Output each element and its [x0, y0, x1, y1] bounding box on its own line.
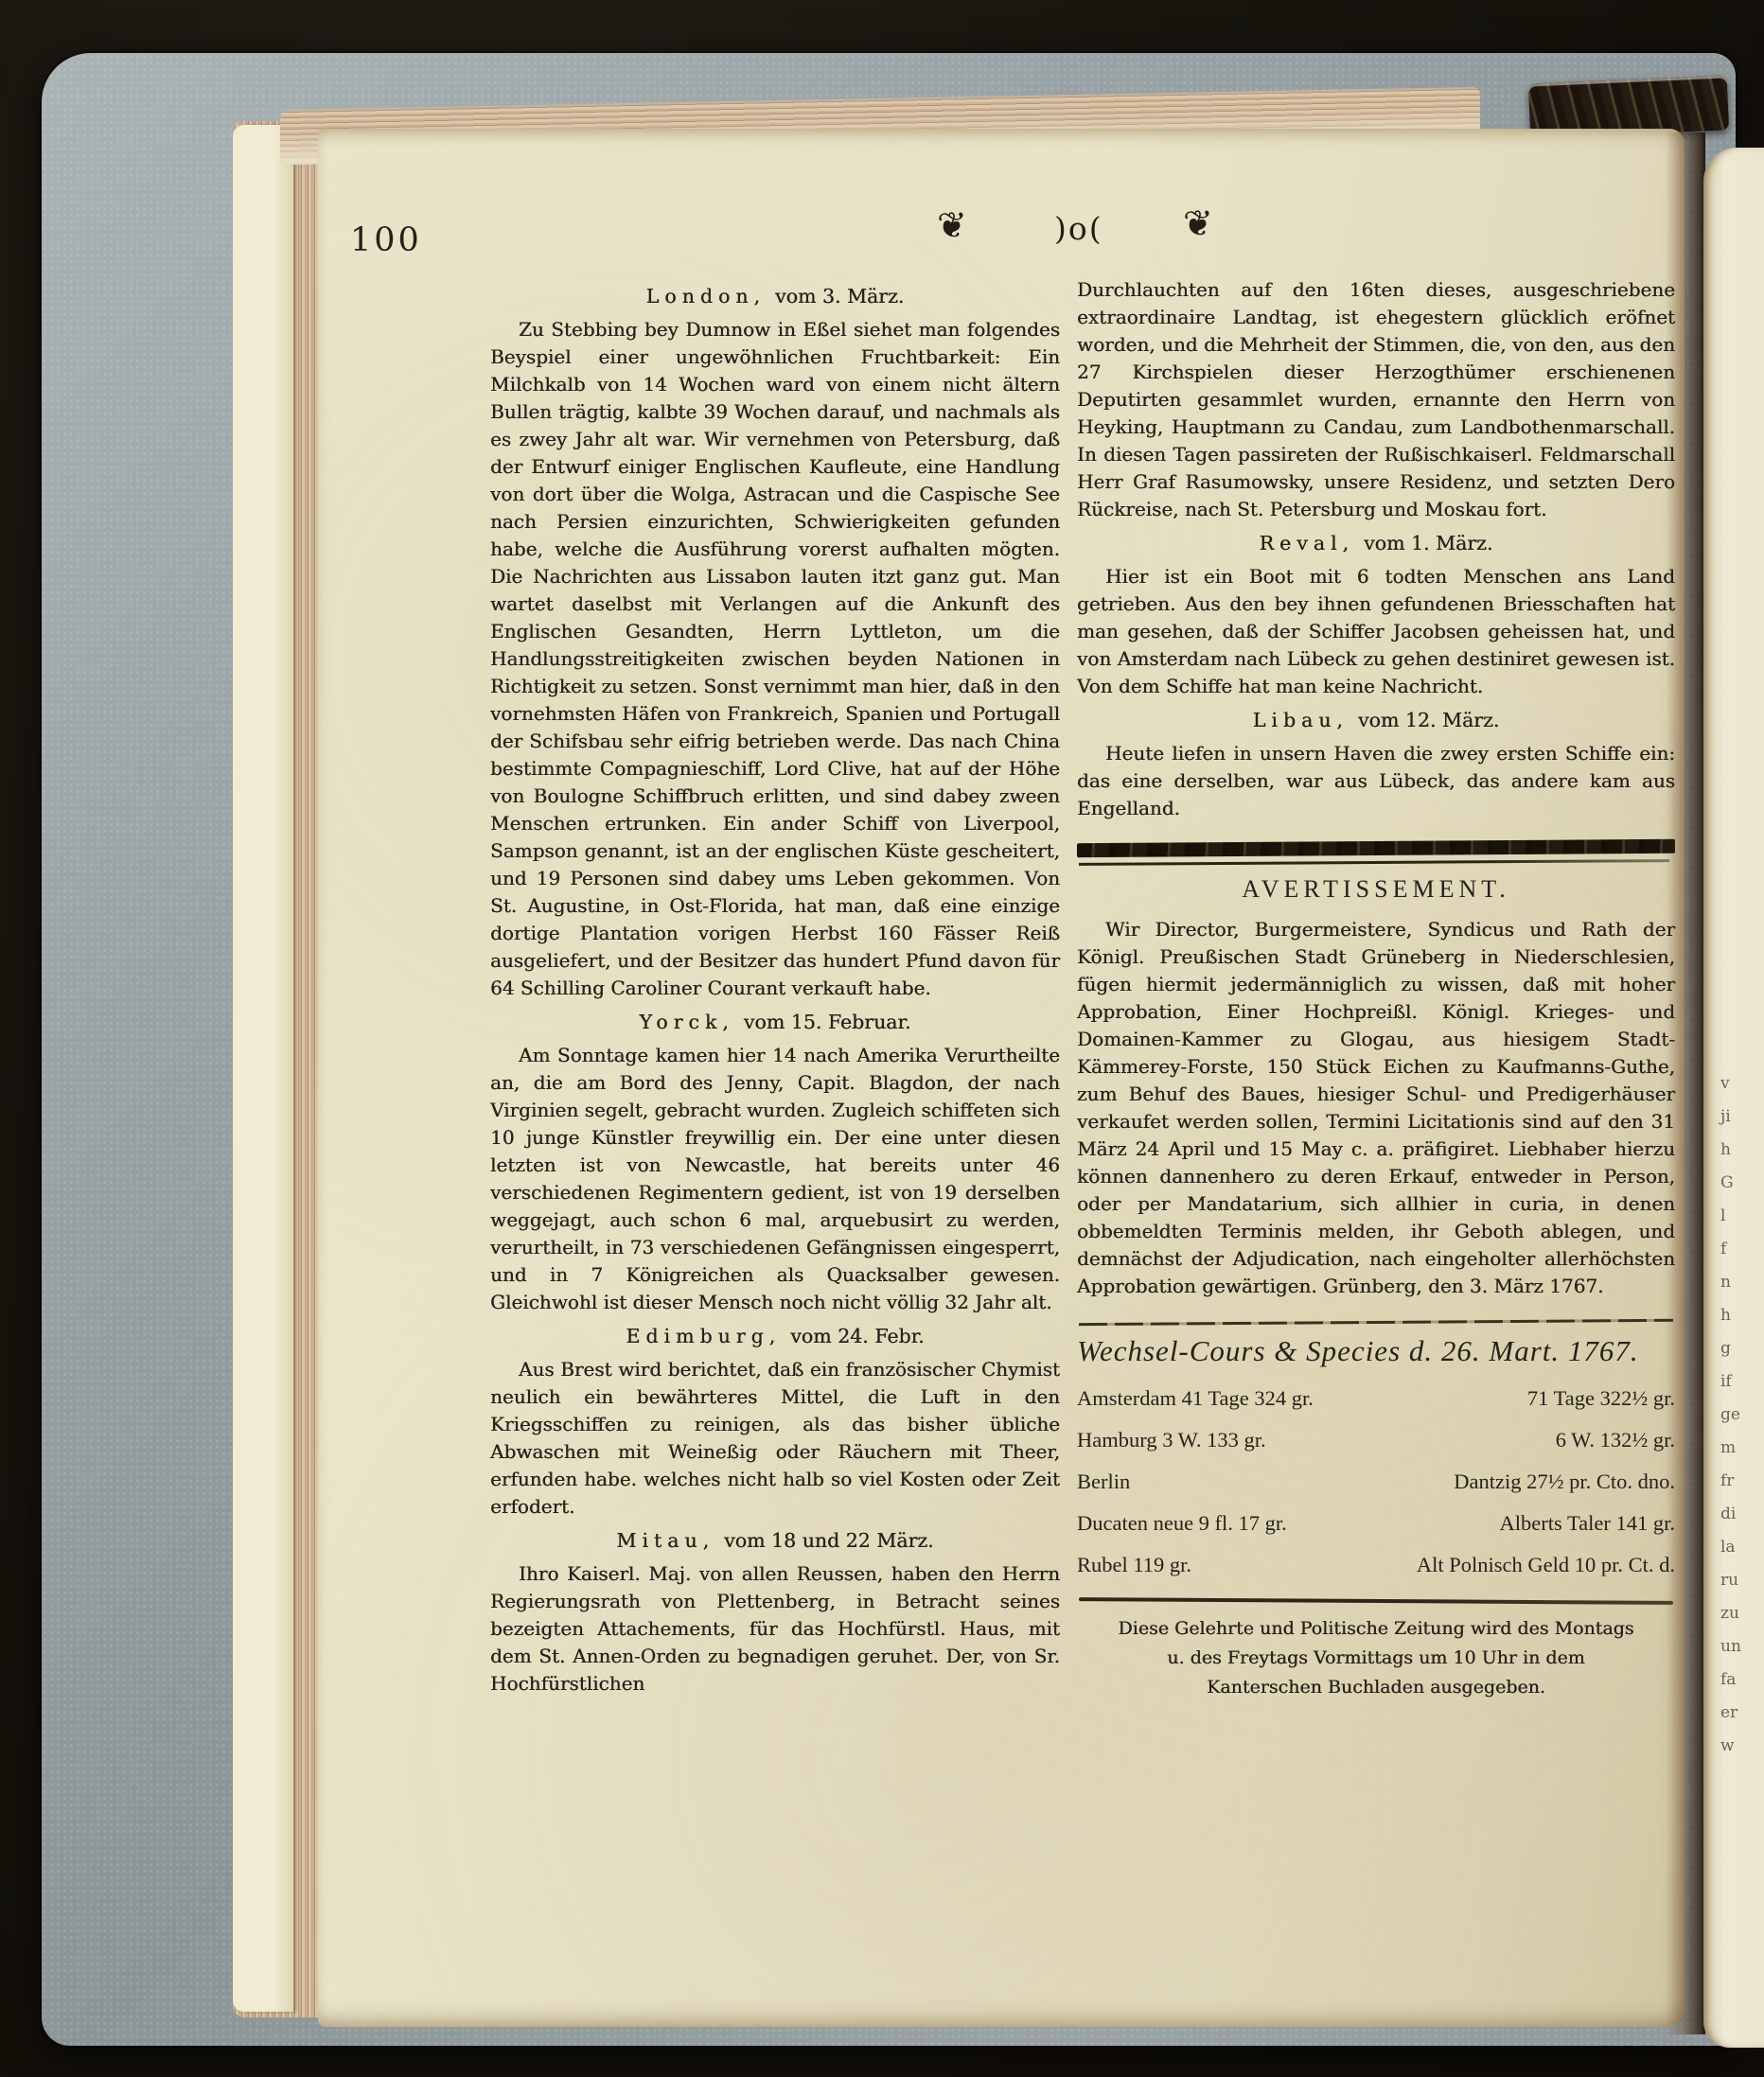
- dateline-date: vom 24. Febr.: [790, 1325, 924, 1347]
- thick-decorative-rule: [1077, 839, 1675, 857]
- thin-rule: [1079, 859, 1669, 866]
- article-body: Ihro Kaiserl. Maj. von allen Reussen, ha…: [490, 1560, 1060, 1698]
- table-cell-right: 6 W. 132½ gr.: [1556, 1419, 1675, 1461]
- article-dateline: Libau,vom 12. März.: [1077, 707, 1675, 734]
- article-body: Heute liefen in unsern Haven die zwey er…: [1077, 740, 1675, 822]
- table-cell-left: Berlin: [1077, 1461, 1130, 1503]
- dateline-date: vom 15. Februar.: [744, 1011, 911, 1033]
- table-row: Amsterdam 41 Tage 324 gr. 71 Tage 322½ g…: [1077, 1378, 1675, 1419]
- dateline-place: Libau,: [1253, 709, 1349, 731]
- page-content: 100 ❦ )o( ❦ London,vom 3. März. Zu Stebb…: [318, 129, 1685, 2027]
- dateline-date: vom 18 und 22 März.: [724, 1529, 933, 1552]
- table-cell-left: Amsterdam 41 Tage 324 gr.: [1077, 1378, 1314, 1419]
- article-body: Am Sonntage kamen hier 14 nach Amerika V…: [490, 1042, 1060, 1316]
- page-number: 100: [350, 221, 422, 259]
- header-separator-mark: )o(: [1054, 210, 1103, 247]
- table-cell-right: Dantzig 27½ pr. Cto. dno.: [1454, 1461, 1675, 1503]
- article-body: Aus Brest wird berichtet, daß ein franzö…: [490, 1356, 1060, 1521]
- article-dateline: Mitau,vom 18 und 22 März.: [490, 1527, 1060, 1555]
- dateline-date: vom 1. März.: [1364, 532, 1492, 554]
- shell-ornament-icon: ❦: [937, 204, 967, 246]
- publication-footer-note: Diese Gelehrte und Politische Zeitung wi…: [1111, 1614, 1641, 1702]
- article-body: Hier ist ein Boot mit 6 todten Menschen …: [1077, 563, 1675, 700]
- table-row: Hamburg 3 W. 133 gr. 6 W. 132½ gr.: [1077, 1419, 1675, 1461]
- next-page-text-fragments: v ji h G l f n h g if ge m fr di la ru z…: [1720, 1067, 1760, 1763]
- table-row: Ducaten neue 9 fl. 17 gr. Alberts Taler …: [1077, 1503, 1675, 1544]
- article-dateline: London,vom 3. März.: [490, 283, 1060, 310]
- article-body: Zu Stebbing bey Dumnow in Eßel siehet ma…: [490, 316, 1060, 1002]
- article-dateline: Edimburg,vom 24. Febr.: [490, 1323, 1060, 1350]
- table-cell-left: Ducaten neue 9 fl. 17 gr.: [1077, 1503, 1287, 1544]
- dateline-place: Mitau,: [616, 1529, 714, 1552]
- article-dateline: Reval,vom 1. März.: [1077, 530, 1675, 557]
- divider-rule: [1079, 1319, 1673, 1326]
- dateline-place: Yorck,: [640, 1011, 734, 1033]
- table-cell-left: Rubel 119 gr.: [1077, 1544, 1191, 1586]
- table-cell-right: Alberts Taler 141 gr.: [1500, 1503, 1675, 1544]
- avertissement-body: Wir Director, Burgermeistere, Syndicus u…: [1077, 916, 1675, 1300]
- dateline-place: London,: [646, 285, 766, 308]
- table-row: Rubel 119 gr. Alt Polnisch Geld 10 pr. C…: [1077, 1544, 1675, 1586]
- dateline-date: vom 12. März.: [1358, 709, 1499, 731]
- right-column: Durchlauchten auf den 16ten dieses, ausg…: [1077, 276, 1675, 1702]
- dateline-date: vom 3. März.: [775, 285, 904, 308]
- dateline-place: Reval,: [1260, 532, 1354, 554]
- bottom-rule: [1079, 1597, 1673, 1605]
- table-cell-right: Alt Polnisch Geld 10 pr. Ct. d.: [1417, 1544, 1675, 1586]
- avertissement-heading: AVERTISSEMENT.: [1077, 875, 1675, 903]
- book-scan-scene: v ji h G l f n h g if ge m fr di la ru z…: [0, 0, 1764, 2077]
- table-row: Berlin Dantzig 27½ pr. Cto. dno.: [1077, 1461, 1675, 1503]
- left-column: London,vom 3. März. Zu Stebbing bey Dumn…: [490, 276, 1060, 1698]
- table-cell-right: 71 Tage 322½ gr.: [1527, 1378, 1675, 1419]
- article-body-continuation: Durchlauchten auf den 16ten dieses, ausg…: [1077, 276, 1675, 523]
- table-cell-left: Hamburg 3 W. 133 gr.: [1077, 1419, 1266, 1461]
- exchange-rates-table: Amsterdam 41 Tage 324 gr. 71 Tage 322½ g…: [1077, 1378, 1675, 1586]
- article-dateline: Yorck,vom 15. Februar.: [490, 1009, 1060, 1036]
- exchange-rates-heading: Wechsel-Cours & Species d. 26. Mart. 176…: [1077, 1337, 1675, 1364]
- dateline-place: Edimburg,: [626, 1325, 781, 1347]
- shell-ornament-icon: ❦: [1183, 202, 1213, 244]
